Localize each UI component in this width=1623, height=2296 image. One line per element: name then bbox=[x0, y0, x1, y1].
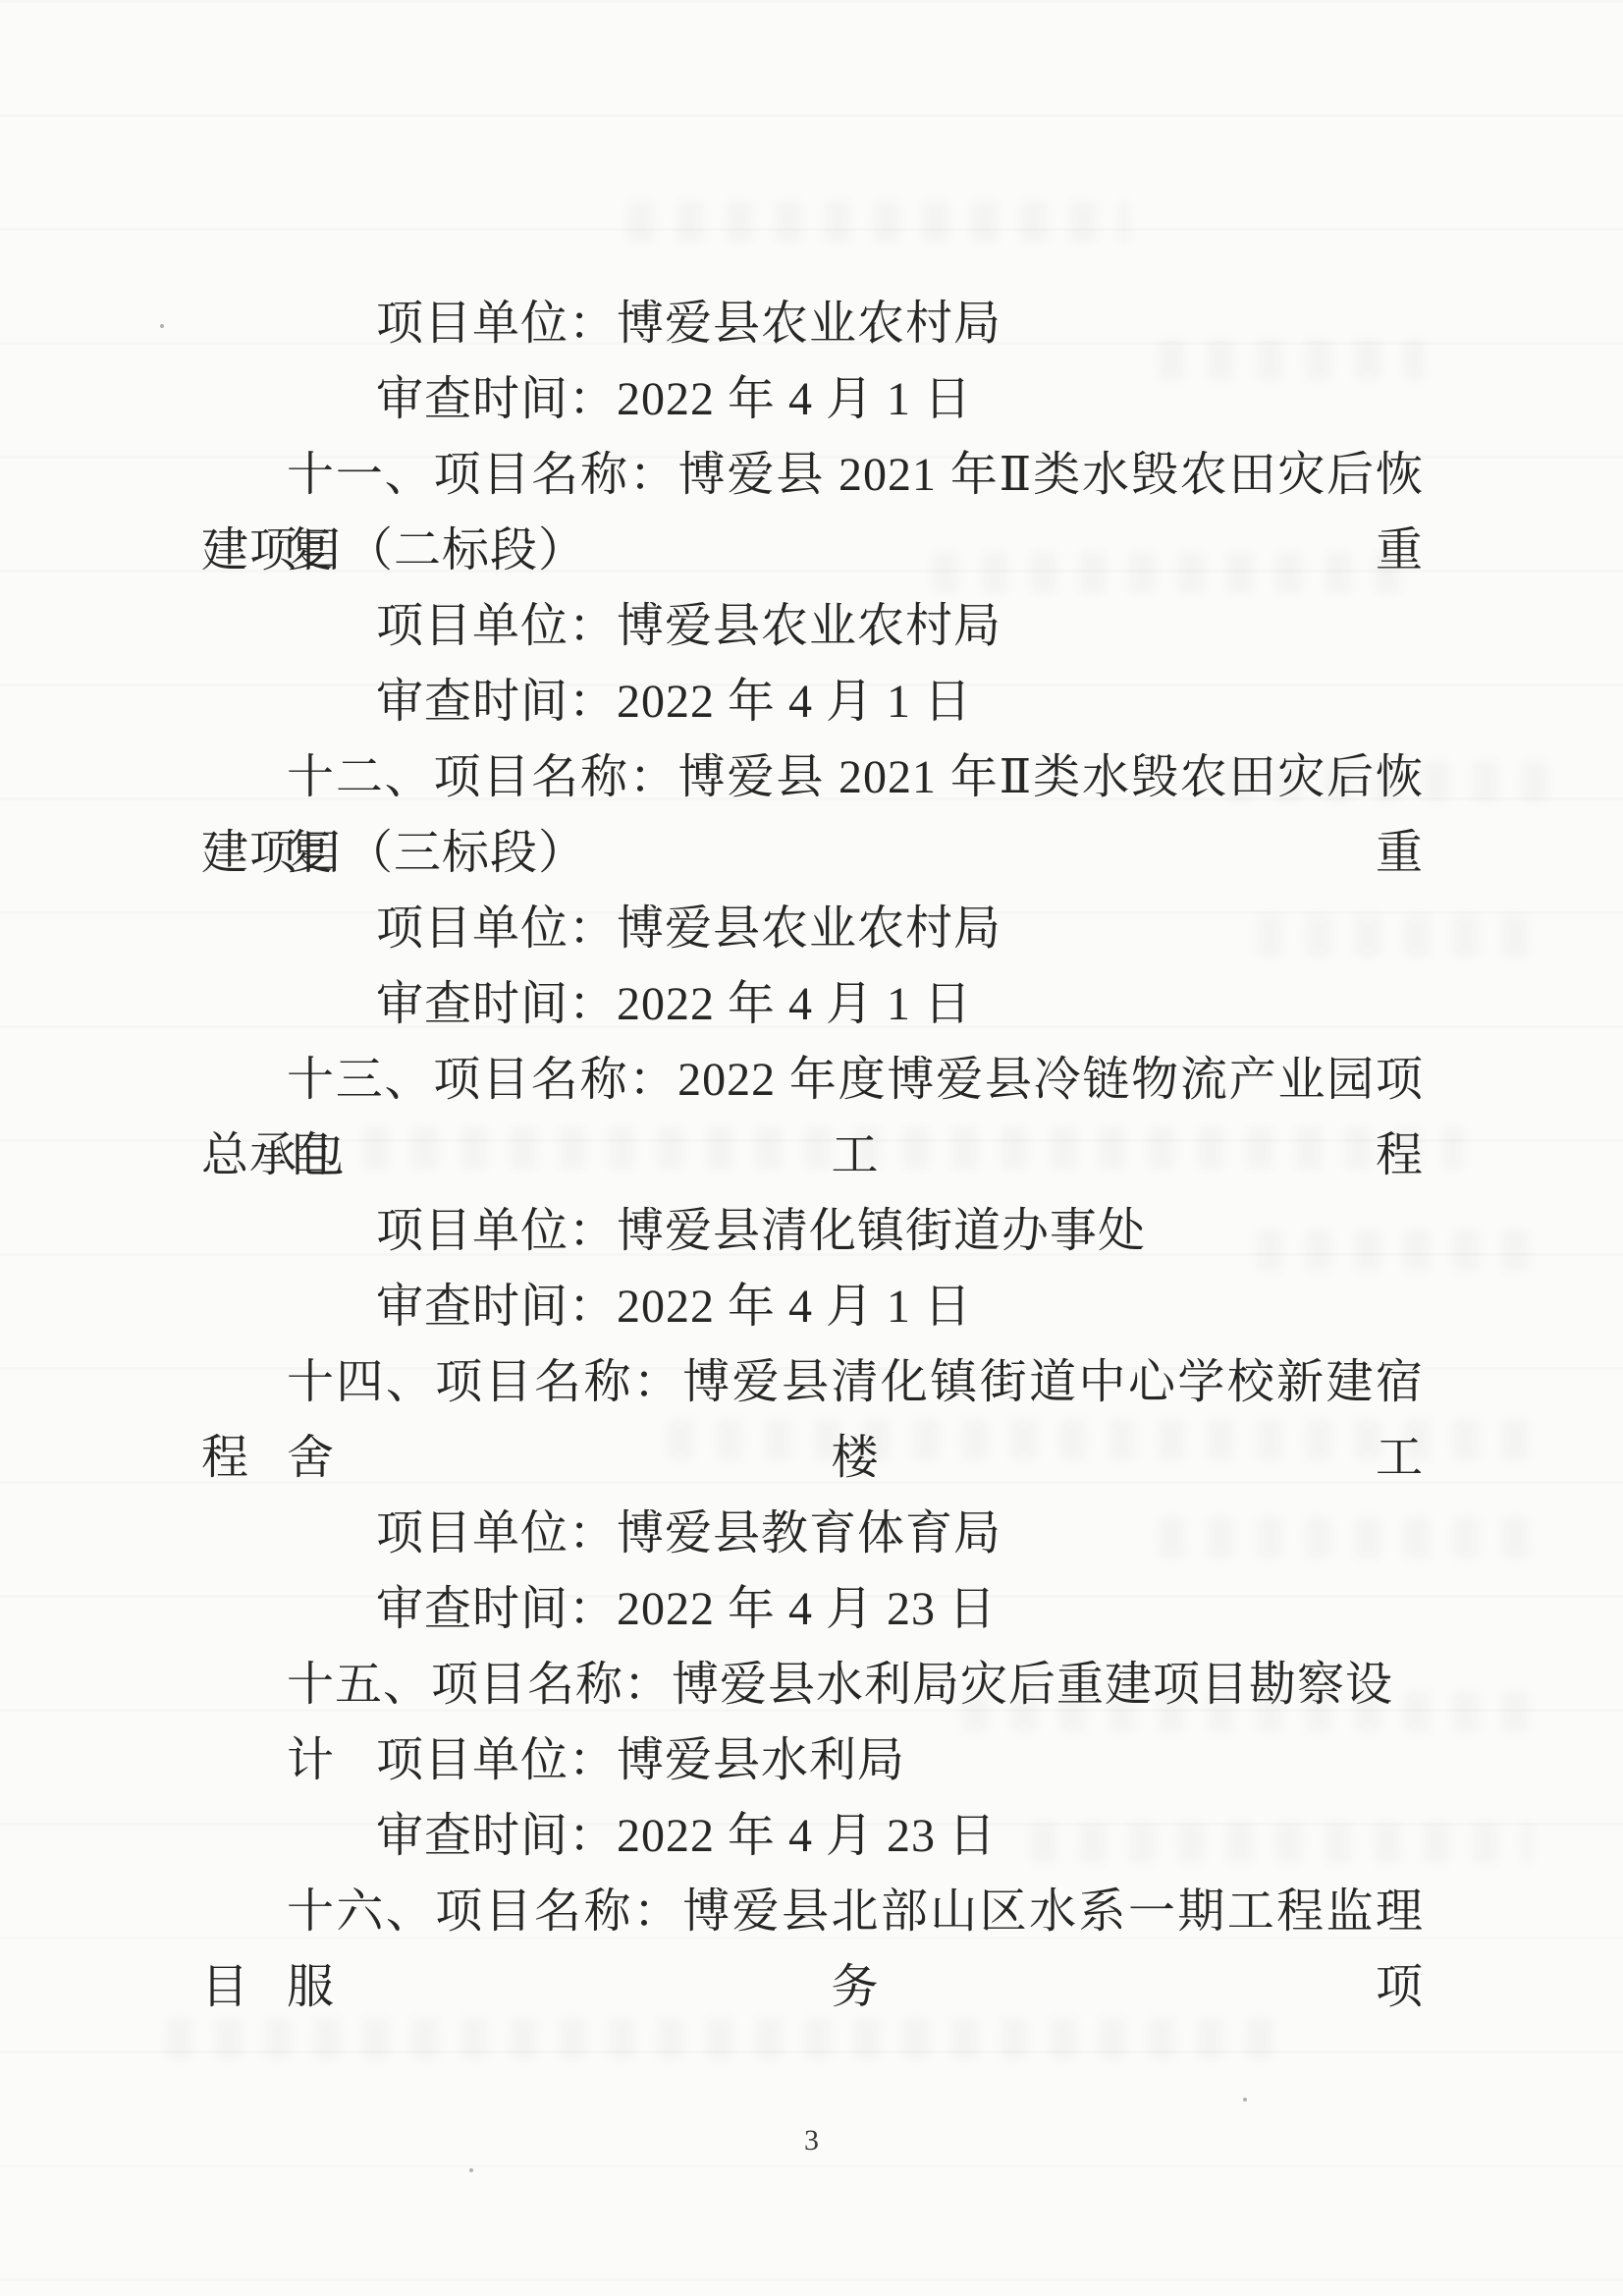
text-line: 审查时间：2022 年 4 月 1 日 bbox=[201, 361, 1424, 437]
scanned-document-page: 项目单位：博爱县农业农村局审查时间：2022 年 4 月 1 日十一、项目名称：… bbox=[0, 0, 1623, 2296]
text-line: 审查时间：2022 年 4 月 1 日 bbox=[201, 1269, 1424, 1344]
text-line: 项目单位：博爱县农业农村局 bbox=[201, 286, 1424, 361]
text-line: 项目单位：博爱县农业农村局 bbox=[201, 588, 1424, 664]
text-line: 项目单位：博爱县清化镇街道办事处 bbox=[201, 1193, 1424, 1269]
text-line: 项目单位：博爱县教育体育局 bbox=[201, 1496, 1424, 1571]
page-number: 3 bbox=[0, 2121, 1623, 2160]
text-line: 十二、项目名称：博爱县 2021 年Ⅱ类水毁农田灾后恢复重 bbox=[201, 739, 1424, 815]
text-line: 审查时间：2022 年 4 月 23 日 bbox=[201, 1798, 1424, 1874]
scan-speck bbox=[469, 2168, 473, 2172]
text-line: 项目单位：博爱县农业农村局 bbox=[201, 891, 1424, 966]
text-line: 审查时间：2022 年 4 月 23 日 bbox=[201, 1571, 1424, 1647]
text-line: 十三、项目名称：2022 年度博爱县冷链物流产业园项目工程 bbox=[201, 1042, 1424, 1118]
text-line: 项目单位：博爱县水利局 bbox=[201, 1722, 1424, 1798]
text-line: 十四、项目名称：博爱县清化镇街道中心学校新建宿舍楼工 bbox=[201, 1344, 1424, 1420]
bleed-through-mark bbox=[628, 201, 1129, 243]
text-line: 审查时间：2022 年 4 月 1 日 bbox=[201, 966, 1424, 1042]
document-body: 项目单位：博爱县农业农村局审查时间：2022 年 4 月 1 日十一、项目名称：… bbox=[201, 286, 1424, 2025]
text-line: 十五、项目名称：博爱县水利局灾后重建项目勘察设计 bbox=[201, 1647, 1424, 1722]
text-line: 十六、项目名称：博爱县北部山区水系一期工程监理服务项 bbox=[201, 1874, 1424, 1949]
text-line: 十一、项目名称：博爱县 2021 年Ⅱ类水毁农田灾后恢复重 bbox=[201, 437, 1424, 513]
scan-speck bbox=[160, 324, 164, 328]
scan-speck bbox=[1243, 2098, 1247, 2102]
text-line: 审查时间：2022 年 4 月 1 日 bbox=[201, 664, 1424, 739]
